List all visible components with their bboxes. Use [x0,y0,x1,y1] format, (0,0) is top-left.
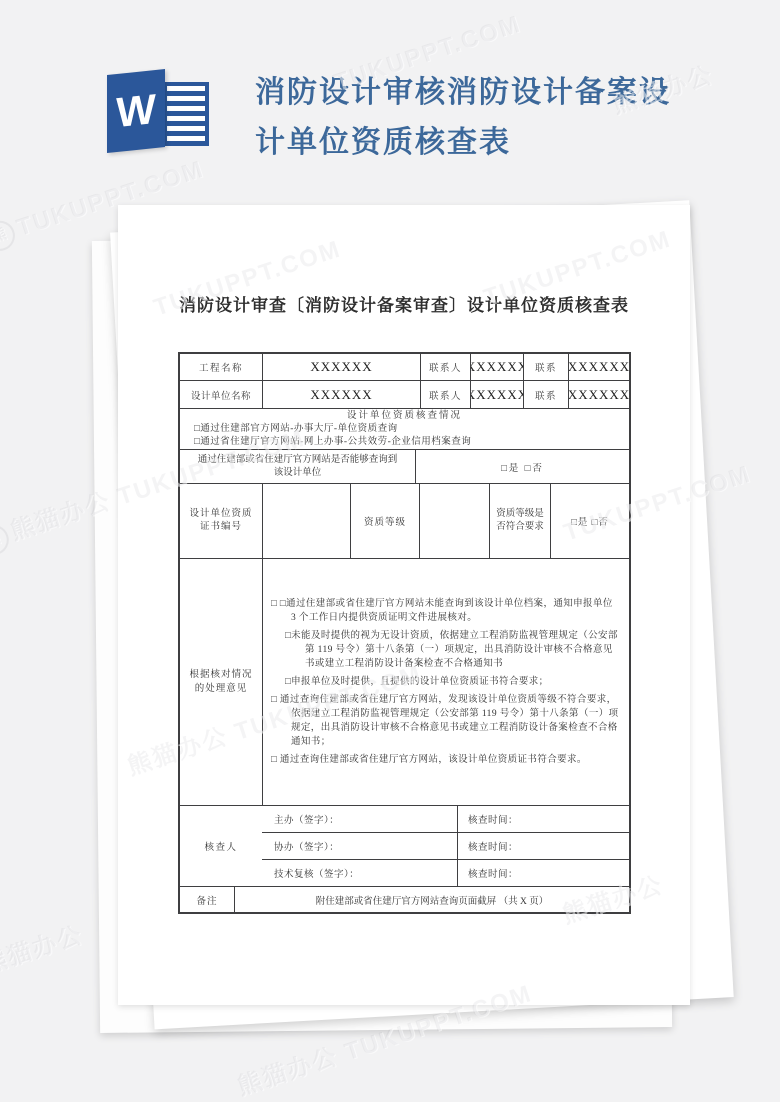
check-time-label: 核查时间： [457,833,629,859]
contact-value: XXXXXX [470,354,523,380]
check-time-label: 核查时间： [457,860,629,886]
grade-meet-label: 资质等级是否符合要求 [489,484,550,558]
page-title: 消防设计审核消防设计备案设计单位资质核查表 [255,68,685,168]
panda-logo-icon: 熊 [0,521,13,559]
table-row-remark: 备注 附住建部或省住建厅官方网站查询页面截屏 （共 X 页） [180,886,629,912]
check-option: □通过住建部官方网站-办事大厅-单位资质查询 [180,423,629,436]
opinion-label: 根据核对情况的处理意见 [180,559,262,805]
grade-value [419,484,489,558]
opinion-item: □申报单位及时提供，且提供的设计单位资质证书符合要求； [285,675,619,689]
opinion-item: □ 通过查询住建部或省住建厅官方网站，该设计单位资质证书符合要求。 [271,753,619,767]
qualification-table: 工程名称 XXXXXX 联系人 XXXXXX 联系 XXXXXX 设计单位名称 … [178,352,631,914]
project-name-value: XXXXXX [262,354,420,380]
contact-value: XXXXXX [470,381,523,408]
contact-label: 联系人 [420,354,470,380]
signature-label: 技术复核（签字）： [262,860,457,886]
grade-label: 资质等级 [350,484,419,558]
document-title: 消防设计审查〔消防设计备案审查〕设计单位资质核查表 [164,293,644,319]
opinion-item: □ 通过查询住建部或省住建厅官方网站，发现该设计单位资质等级不符合要求，依据建立… [271,693,619,749]
phone-value: XXXXXX [568,381,629,408]
checker-rows: 主办（签字）： 核查时间： 协办（签字）： 核查时间： 技术复核（签字）： 核查… [262,806,629,886]
checker-row: 技术复核（签字）： 核查时间： [262,859,629,886]
query-options: □是 □否 [415,450,629,483]
check-section-header: 设计单位资质核查情况 [180,410,629,423]
phone-label: 联系 [523,354,568,380]
remark-value: 附住建部或省住建厅官方网站查询页面截屏 （共 X 页） [234,887,629,912]
table-row-design-unit: 设计单位名称 XXXXXX 联系人 XXXXXX 联系 XXXXXX [180,380,629,408]
opinion-item: □未能及时提供的视为无设计资质，依据建立工程消防监视管理规定（公安部第 119 … [285,629,619,671]
check-time-label: 核查时间： [457,806,629,832]
cert-number-label: 设计单位资质证书编号 [180,484,262,558]
remark-label: 备注 [180,887,234,912]
checker-label: 核查人 [180,806,262,886]
table-row-check-section: 设计单位资质核查情况 □通过住建部官方网站-办事大厅-单位资质查询 □通过省住建… [180,408,629,449]
watermark-text: 熊猫办公 [0,915,87,980]
checker-row: 主办（签字）： 核查时间： [262,806,629,832]
design-unit-value: XXXXXX [262,381,420,408]
opinion-item: □ □通过住建部或省住建厅官方网站未能查询到该设计单位档案，通知申报单位 3 个… [271,597,619,625]
table-row-project: 工程名称 XXXXXX 联系人 XXXXXX 联系 XXXXXX [180,354,629,380]
cert-number-value [262,484,350,558]
signature-label: 主办（签字）： [262,806,457,832]
word-icon-sheet [163,82,209,146]
word-document-icon: W [107,66,207,160]
panda-logo-icon: 熊 [0,217,19,255]
check-section: 设计单位资质核查情况 □通过住建部官方网站-办事大厅-单位资质查询 □通过省住建… [180,409,629,449]
table-row-query: 通过住建部或省住建厅官方网站是否能够查询到该设计单位 □是 □否 [180,449,629,483]
signature-label: 协办（签字）： [262,833,457,859]
table-row-checker: 核查人 主办（签字）： 核查时间： 协办（签字）： 核查时间： 技术复核（签字）… [180,805,629,886]
check-option: □通过省住建厅官方网站-网上办事-公共效劳-企业信用档案查询 [180,436,629,449]
phone-value: XXXXXX [568,354,629,380]
phone-label: 联系 [523,381,568,408]
project-name-label: 工程名称 [180,354,262,380]
contact-label: 联系人 [420,381,470,408]
query-label: 通过住建部或省住建厅官方网站是否能够查询到该设计单位 [180,450,415,483]
document-page: 消防设计审查〔消防设计备案审查〕设计单位资质核查表 工程名称 XXXXXX 联系… [118,205,690,1005]
opinion-body: □ □通过住建部或省住建厅官方网站未能查询到该设计单位档案，通知申报单位 3 个… [262,559,629,805]
word-icon-letter: W [116,88,156,134]
table-row-certificate: 设计单位资质证书编号 资质等级 资质等级是否符合要求 □是 □否 [180,483,629,558]
design-unit-label: 设计单位名称 [180,381,262,408]
table-row-opinion: 根据核对情况的处理意见 □ □通过住建部或省住建厅官方网站未能查询到该设计单位档… [180,558,629,805]
word-icon-flap: W [107,69,165,153]
grade-meet-options: □是 □否 [550,484,629,558]
checker-row: 协办（签字）： 核查时间： [262,832,629,859]
page-header: W 消防设计审核消防设计备案设计单位资质核查表 [0,0,780,200]
